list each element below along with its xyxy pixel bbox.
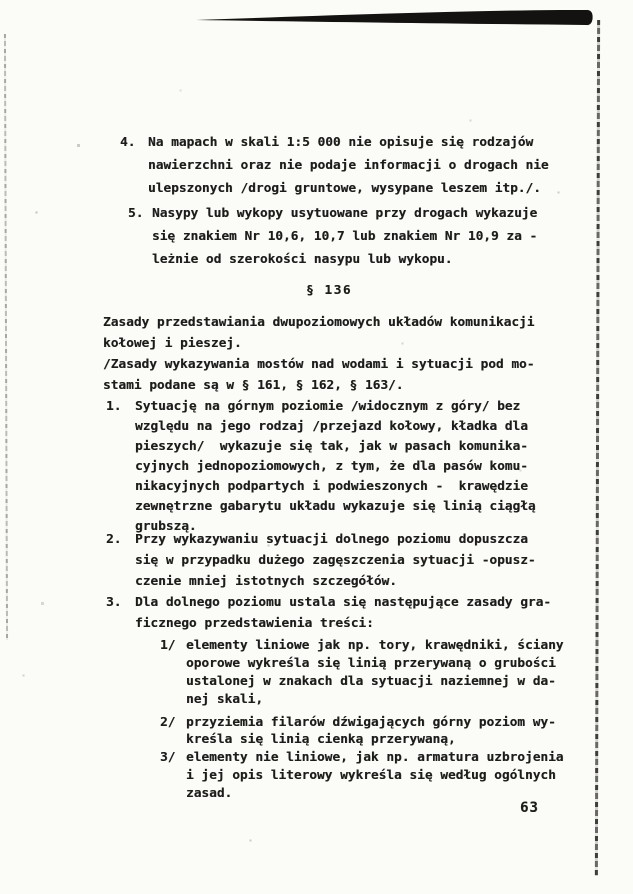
list-item-1-text: Sytuację na górnym poziomie /widocznym z… (135, 397, 536, 537)
list-item-5-text: Nasypy lub wykopy usytuowane przy drogac… (152, 202, 537, 271)
sub-item-2-text: przyziemia filarów dźwigających górny po… (186, 714, 556, 748)
sub-item-1-text: elementy liniowe jak np. tory, krawędnik… (186, 637, 564, 709)
list-item-2-text: Przy wykazywaniu sytuacji dolnego poziom… (135, 529, 536, 592)
scan-noise-specks (0, 0, 1, 1)
list-item-1-number: 1. (106, 397, 121, 417)
page-number: 63 (520, 800, 539, 816)
sub-item-3-text: elementy nie liniowe, jak np. armatura u… (186, 749, 564, 803)
sub-item-3-number: 3/ (160, 749, 175, 767)
list-item-4-number: 4. (120, 131, 135, 154)
scan-streak-top (0, 0, 633, 42)
intro-paragraph: Zasady przedstawiania dwupoziomowych ukł… (103, 312, 534, 396)
scan-edge-left (4, 34, 8, 640)
sub-item-1-number: 1/ (160, 637, 175, 655)
sub-item-2-number: 2/ (160, 714, 175, 731)
list-item-3-number: 3. (106, 592, 121, 613)
scanned-document-page: { "doc": { "page_number": "63", "heading… (0, 0, 633, 894)
list-item-4-text: Na mapach w skali 1:5 000 nie opisuje si… (148, 131, 549, 200)
list-item-3-text: Dla dolnego poziomu ustala się następują… (135, 592, 551, 634)
scan-edge-right (595, 20, 600, 876)
section-heading: § 136 (306, 283, 352, 298)
list-item-5-number: 5. (128, 202, 143, 225)
list-item-2-number: 2. (106, 529, 121, 550)
